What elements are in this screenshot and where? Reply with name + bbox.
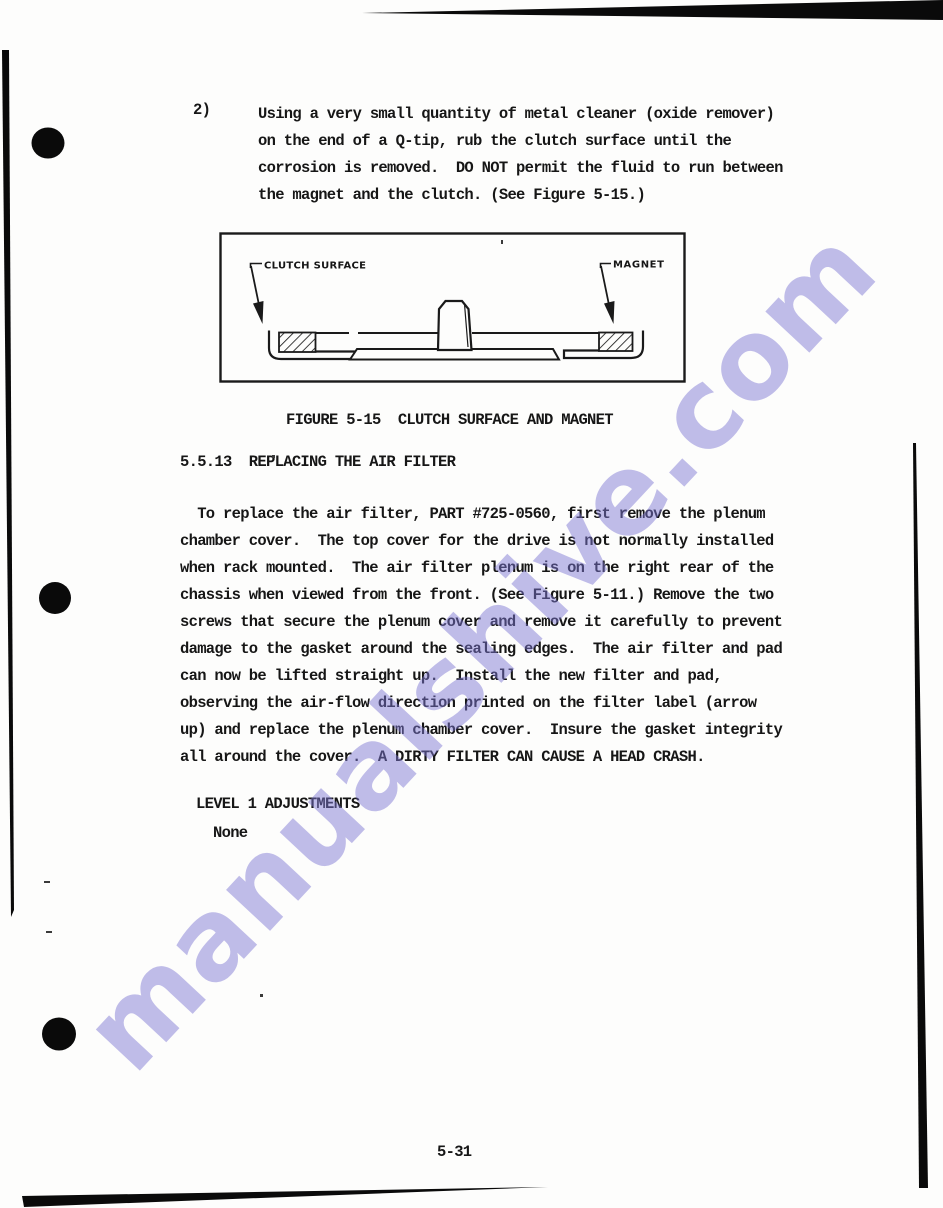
section-heading: 5.5.13 REPLACING THE AIR FILTER: [180, 451, 455, 473]
scan-speck: [44, 881, 50, 883]
body-paragraph: To replace the air filter, PART #725-056…: [180, 501, 782, 771]
magnet-hatch: [599, 333, 633, 352]
step-line: the magnet and the clutch. (See Figure 5…: [258, 182, 783, 209]
hole-punch-dot: [42, 1018, 76, 1051]
scan-speck: [501, 240, 503, 244]
clutch-arrow-shaft: [251, 266, 259, 305]
hole-punch-dot: [39, 582, 71, 614]
step-2-text: Using a very small quantity of metal cle…: [258, 101, 783, 209]
step-line: corrosion is removed. DO NOT permit the …: [258, 155, 783, 182]
paragraph-line: observing the air-flow direction printed…: [180, 690, 782, 717]
figure-caption: FIGURE 5-15 CLUTCH SURFACE AND MAGNET: [286, 409, 613, 431]
paragraph-line: chamber cover. The top cover for the dri…: [180, 528, 782, 555]
magnet-arrow-head: [604, 301, 615, 324]
paragraph-line: when rack mounted. The air filter plenum…: [180, 555, 782, 582]
adjustments-value: None: [213, 822, 247, 844]
paragraph-line: all around the cover. A DIRTY FILTER CAN…: [180, 744, 782, 771]
page-number: 5-31: [437, 1141, 471, 1163]
clutch-surface-hatch: [279, 333, 316, 353]
clutch-surface-label: CLUTCH SURFACE: [264, 261, 366, 272]
scan-speck: [272, 455, 275, 458]
scan-speck: [260, 994, 263, 997]
paragraph-line: chassis when viewed from the front. (See…: [180, 582, 782, 609]
clutch-arrow-head: [253, 301, 264, 324]
right-edge-artifact: [913, 443, 928, 1188]
bottom-edge-artifact: [22, 1187, 548, 1207]
figure-5-15: CLUTCH SURFACE MAGNET: [219, 232, 687, 384]
adjustments-title: LEVEL 1 ADJUSTMENTS: [196, 793, 359, 815]
step-line: Using a very small quantity of metal cle…: [258, 101, 783, 128]
step-number: 2): [193, 101, 210, 119]
paragraph-line: screws that secure the plenum cover and …: [180, 609, 782, 636]
top-edge-artifact: [362, 0, 943, 20]
scan-speck: [46, 931, 52, 933]
hole-punch-dot: [32, 128, 65, 159]
magnet-arrow-shaft: [601, 266, 609, 305]
magnet-label: MAGNET: [613, 260, 665, 271]
paragraph-line: can now be lifted straight up. Install t…: [180, 663, 782, 690]
paragraph-line: To replace the air filter, PART #725-056…: [180, 501, 782, 528]
step-line: on the end of a Q-tip, rub the clutch su…: [258, 128, 783, 155]
scanned-manual-page: 2) Using a very small quantity of metal …: [0, 0, 943, 1208]
paragraph-line: up) and replace the plenum chamber cover…: [180, 717, 782, 744]
paragraph-line: damage to the gasket around the sealing …: [180, 636, 782, 663]
clutch-leader-line: [251, 264, 263, 269]
left-edge-artifact: [2, 50, 14, 917]
